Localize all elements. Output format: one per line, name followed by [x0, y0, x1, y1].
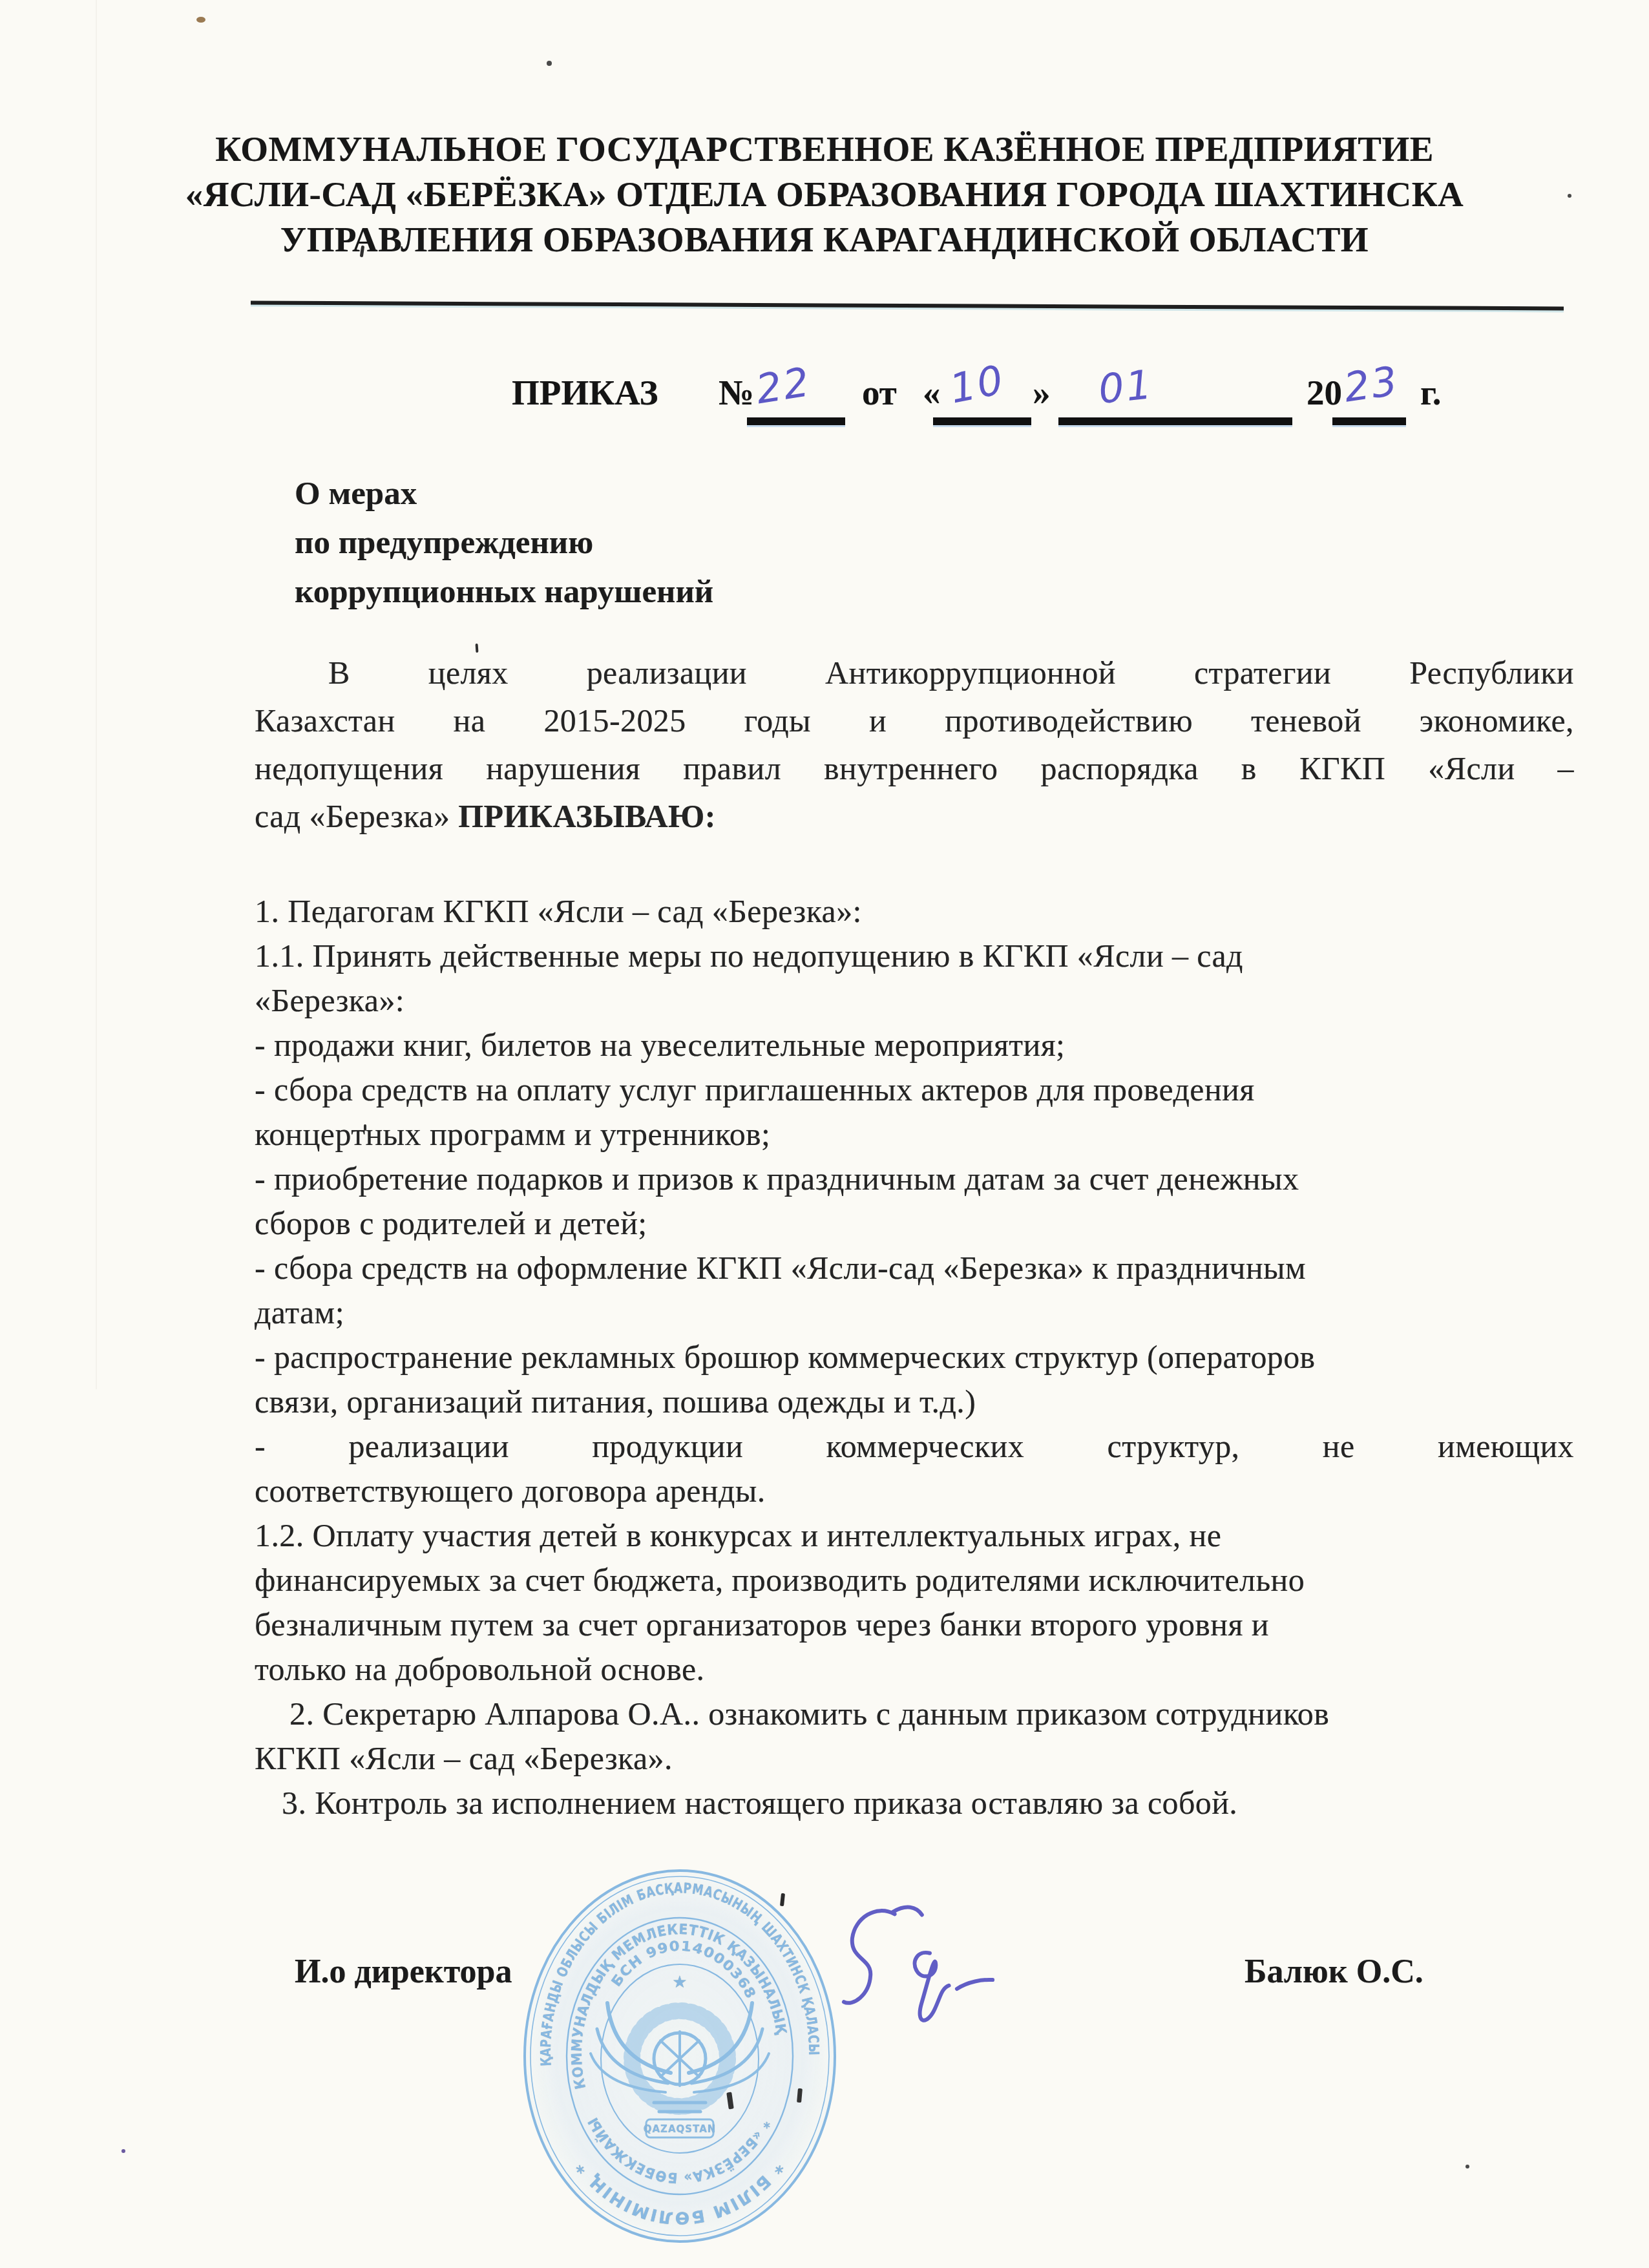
- body-line: 3. Контроль за исполнением настоящего пр…: [255, 1781, 1574, 1825]
- scan-speck: [364, 1124, 366, 1131]
- signer-name: Балюк О.С.: [1245, 1953, 1423, 1991]
- body-line: соответствующего договора аренды.: [255, 1469, 1574, 1513]
- handwritten-month: 01: [1096, 361, 1155, 413]
- body-line: финансируемых за счет бюджета, производи…: [255, 1558, 1574, 1602]
- scan-speck: [476, 644, 479, 653]
- body-line: 2. Секретарю Алпарова О.А.. ознакомить с…: [255, 1692, 1574, 1736]
- body-line: сборов с родителей и детей;: [255, 1201, 1574, 1246]
- handwritten-signature: [822, 1898, 1022, 2041]
- paragraph-line: В целях реализации Антикоррупционной стр…: [255, 649, 1574, 697]
- handwritten-day: 10: [946, 356, 1009, 413]
- body-line: 1. Педагогам КГКП «Ясли – сад «Березка»:: [255, 889, 1574, 934]
- order-ot-label: от: [862, 372, 897, 413]
- body-line: связи, организаций питания, пошива одежд…: [255, 1380, 1574, 1424]
- subject-block: О мерах по предупреждению коррупционных …: [295, 469, 713, 616]
- body-line: безналичным путем за счет организаторов …: [255, 1602, 1574, 1647]
- body-line: 1.1. Принять действенные меры по недопущ…: [255, 934, 1574, 978]
- body-line: - сбора средств на оплату услуг приглаше…: [255, 1067, 1574, 1112]
- fill-in-underline: [933, 417, 1031, 425]
- handwritten-year: 23: [1341, 357, 1402, 411]
- subject-line: коррупционных нарушений: [295, 567, 713, 616]
- letterhead: КОММУНАЛЬНОЕ ГОСУДАРСТВЕННОЕ КАЗЁННОЕ ПР…: [0, 127, 1649, 262]
- signer-position: И.о директора: [295, 1953, 512, 1991]
- body-line: - приобретение подарков и призов к празд…: [255, 1157, 1574, 1201]
- body-line: - продажи книг, билетов на увеселительны…: [255, 1023, 1574, 1067]
- scan-speck: [1568, 194, 1571, 198]
- scan-speck: [196, 17, 205, 23]
- letterhead-line: УПРАВЛЕНИЯ ОБРАЗОВАНИЯ КАРАГАНДИНСКОЙ ОБ…: [0, 217, 1649, 262]
- body-line: только на добровольной основе.: [255, 1647, 1574, 1692]
- emblem-banner-text: QAZAQSTAN: [644, 2123, 717, 2135]
- official-seal: ҚАРАҒАНДЫ ОБЛЫСЫ БІЛІМ БАСҚАРМАСЫНЫҢ ШАХ…: [517, 1865, 843, 2247]
- year-suffix: г.: [1420, 372, 1442, 413]
- scan-speck: [1465, 2165, 1469, 2168]
- emblem-star-icon: ★: [672, 1973, 687, 1992]
- paragraph-line: Казахстан на 2015-2025 годы и противодей…: [255, 697, 1574, 744]
- subject-line: О мерах: [295, 469, 713, 518]
- year-printed: 20: [1307, 372, 1342, 413]
- number-sign: №: [719, 372, 754, 413]
- paragraph-line: сад «Березка» ПРИКАЗЫВАЮ:: [255, 792, 1574, 840]
- paragraph-text: сад «Березка»: [255, 798, 458, 834]
- body-line: - сбора средств на оформление КГКП «Ясли…: [255, 1246, 1574, 1290]
- body-line: концертных программ и утренников;: [255, 1112, 1574, 1157]
- body-line: - реализации продукции коммерческих стру…: [255, 1424, 1574, 1469]
- body-line: «Березка»:: [255, 978, 1574, 1023]
- body-line: 1.2. Оплату участия детей в конкурсах и …: [255, 1513, 1574, 1558]
- scan-speck: [121, 2149, 125, 2153]
- body-line: КГКП «Ясли – сад «Березка».: [255, 1736, 1574, 1781]
- order-number-line: ПРИКАЗ № 22 от « 10 » 01 20 23 г.: [0, 372, 1649, 456]
- prikazyvayu-keyword: ПРИКАЗЫВАЮ:: [458, 798, 716, 834]
- letterhead-line: КОММУНАЛЬНОЕ ГОСУДАРСТВЕННОЕ КАЗЁННОЕ ПР…: [0, 127, 1649, 172]
- scan-speck: [547, 61, 552, 66]
- letterhead-line: «ЯСЛИ-САД «БЕРЁЗКА» ОТДЕЛА ОБРАЗОВАНИЯ Г…: [0, 172, 1649, 217]
- order-items: 1. Педагогам КГКП «Ясли – сад «Березка»:…: [255, 889, 1574, 1825]
- body-line: датам;: [255, 1290, 1574, 1335]
- fill-in-underline: [1058, 417, 1292, 425]
- letterhead-divider: [251, 301, 1564, 311]
- close-quote: »: [1033, 372, 1051, 413]
- body-line: - распространение рекламных брошюр комме…: [255, 1335, 1574, 1380]
- subject-line: по предупреждению: [295, 518, 713, 567]
- preamble-paragraph: В целях реализации Антикоррупционной стр…: [255, 649, 1574, 840]
- handwritten-order-number: 22: [753, 358, 814, 413]
- paper-fold-line: [96, 0, 97, 1389]
- document-page: КОММУНАЛЬНОЕ ГОСУДАРСТВЕННОЕ КАЗЁННОЕ ПР…: [0, 0, 1649, 2268]
- fill-in-underline: [747, 417, 845, 425]
- open-quote: «: [923, 372, 941, 413]
- paragraph-line: недопущения нарушения правил внутреннего…: [255, 744, 1574, 792]
- fill-in-underline: [1332, 417, 1406, 425]
- order-label: ПРИКАЗ: [512, 372, 658, 413]
